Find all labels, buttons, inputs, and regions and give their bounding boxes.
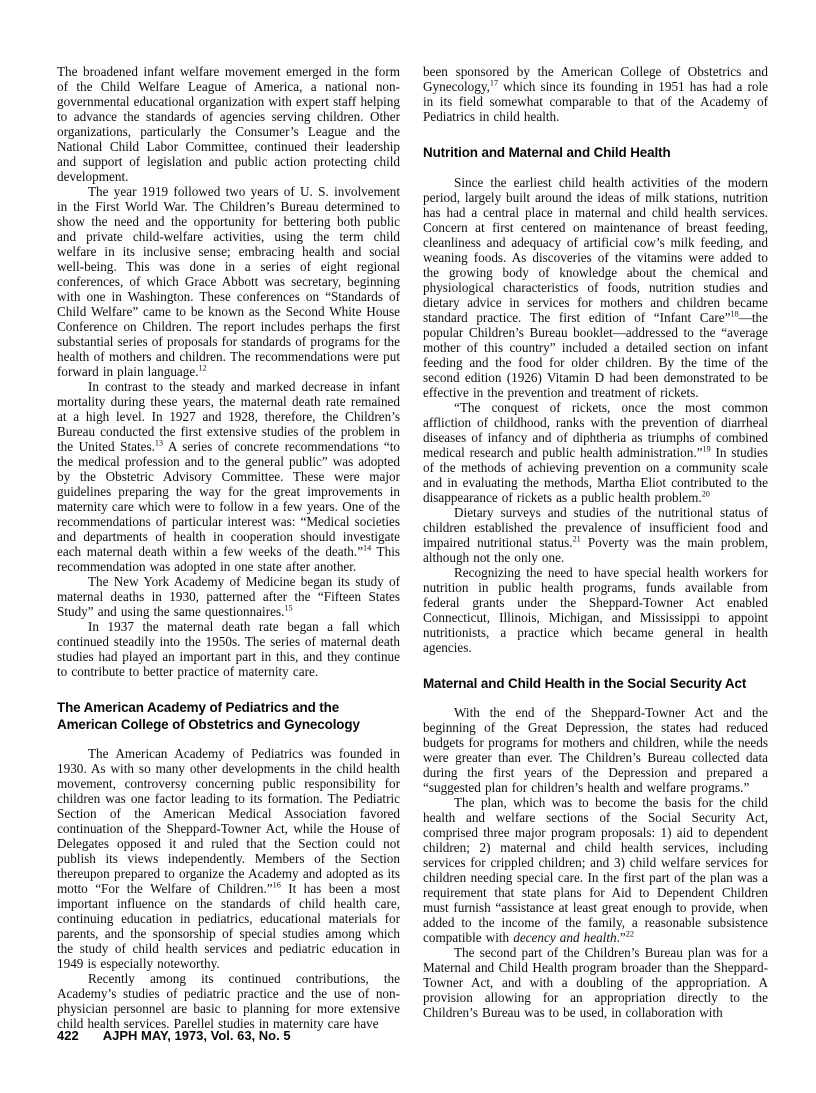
page-footer: 422 AJPH MAY, 1973, Vol. 63, No. 5 xyxy=(57,1028,291,1043)
journal-page: The broadened infant welfare movement em… xyxy=(0,0,816,1093)
paragraph: The second part of the Children’s Bureau… xyxy=(423,945,768,1020)
journal-citation: AJPH MAY, 1973, Vol. 63, No. 5 xyxy=(103,1028,291,1043)
paragraph: In 1937 the maternal death rate began a … xyxy=(57,619,400,679)
section-heading: Maternal and Child Health in the Social … xyxy=(423,676,768,693)
paragraph: The New York Academy of Medicine began i… xyxy=(57,574,400,619)
paragraph: Since the earliest child health activiti… xyxy=(423,175,768,400)
paragraph: With the end of the Sheppard-Towner Act … xyxy=(423,705,768,795)
section-heading: The American Academy of Pediatrics and t… xyxy=(57,700,400,733)
paragraph: Recognizing the need to have special hea… xyxy=(423,565,768,655)
paragraph: In contrast to the steady and marked dec… xyxy=(57,379,400,574)
section-heading: Nutrition and Maternal and Child Health xyxy=(423,145,768,162)
paragraph: “The conquest of rickets, once the most … xyxy=(423,400,768,505)
paragraph: The American Academy of Pediatrics was f… xyxy=(57,746,400,971)
paragraph: The year 1919 followed two years of U. S… xyxy=(57,184,400,379)
right-column: been sponsored by the American College o… xyxy=(423,64,768,1020)
left-column: The broadened infant welfare movement em… xyxy=(57,64,400,1031)
paragraph: Dietary surveys and studies of the nutri… xyxy=(423,505,768,565)
paragraph: The broadened infant welfare movement em… xyxy=(57,64,400,184)
page-number: 422 xyxy=(57,1028,79,1043)
paragraph: The plan, which was to become the basis … xyxy=(423,795,768,945)
paragraph: been sponsored by the American College o… xyxy=(423,64,768,124)
paragraph: Recently among its continued contributio… xyxy=(57,971,400,1031)
